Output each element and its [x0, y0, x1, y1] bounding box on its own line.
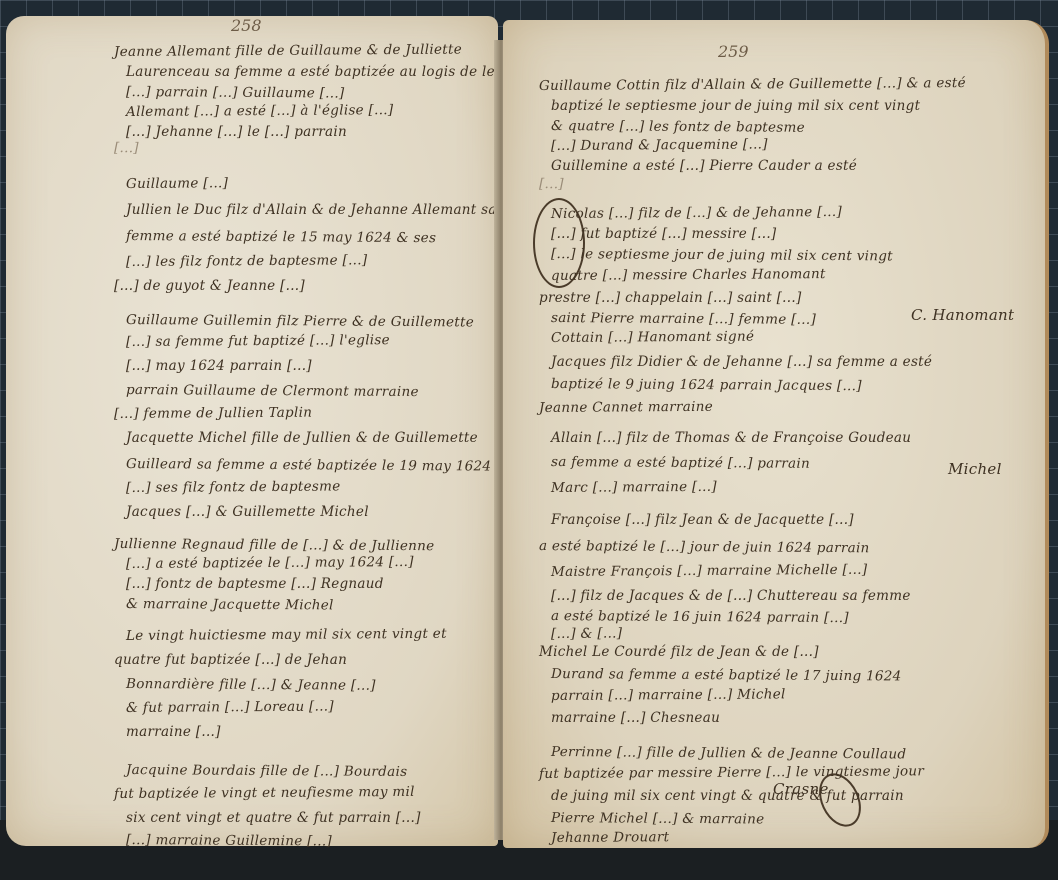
handwritten-line: & quatre [...] les fontz de baptesme [551, 118, 805, 136]
handwritten-line: Jehanne Drouart [551, 829, 669, 846]
handwritten-line: [...] may 1624 parrain [...] [126, 358, 312, 374]
handwritten-line: Le vingt huictiesme may mil six cent vin… [126, 626, 447, 644]
handwritten-line: [...] ses filz fontz de baptesme [126, 479, 341, 496]
handwritten-line: [...] fontz de baptesme [...] Regnaud [126, 576, 384, 592]
handwritten-line: Guillaume [...] [126, 175, 228, 192]
handwritten-line: marraine [...] Chesneau [551, 710, 720, 726]
handwritten-line: Guillaume Guillemin filz Pierre & de Gui… [126, 312, 474, 330]
signature: Crasne [773, 780, 829, 798]
handwritten-line: Perrinne [...] fille de Jullien & de Jea… [551, 744, 906, 762]
handwritten-line: Durand sa femme a esté baptizé le 17 jui… [551, 666, 902, 684]
handwritten-line: Jullienne Regnaud fille de [...] & de Ju… [114, 536, 435, 554]
handwritten-line: Allain [...] filz de Thomas & de Françoi… [551, 430, 911, 446]
handwritten-line: Laurenceau sa femme a esté baptizée au l… [126, 64, 511, 80]
handwritten-line: [...] de guyot & Jeanne [...] [114, 278, 305, 294]
handwritten-line: [...] Durand & Jacquemine [...] [551, 136, 768, 154]
handwritten-line: [...] & [...] [551, 626, 622, 642]
handwritten-line: [...] parrain [...] Guillaume [...] [126, 84, 345, 102]
handwritten-line: Guillaume Cottin filz d'Allain & de Guil… [539, 75, 966, 94]
handwritten-line: Jacques [...] & Guillemette Michel [126, 504, 369, 520]
handwritten-line: [...] a esté baptizée le [...] may 1624 … [126, 554, 414, 572]
handwritten-line: [...] [114, 140, 139, 156]
handwritten-line: [...] femme de Jullien Taplin [114, 405, 312, 422]
handwritten-line: fut baptizée par messire Pierre [...] le… [539, 763, 924, 782]
folio-number-right: 259 [718, 42, 749, 61]
handwritten-line: parrain [...] marraine [...] Michel [551, 686, 786, 704]
handwritten-line: Nicolas [...] filz de [...] & de Jehanne… [551, 204, 842, 222]
handwritten-line: fut baptizée le vingt et neufiesme may m… [114, 784, 415, 802]
handwritten-line: Cottain [...] Hanomant signé [551, 329, 754, 346]
handwritten-line: Guilleard sa femme a esté baptizée le 19… [126, 456, 491, 475]
signature: Michel [948, 460, 1002, 478]
handwritten-line: de juing mil six cent vingt & quatre & f… [551, 788, 904, 804]
handwritten-line: [...] marraine Guillemine [...] [126, 832, 332, 849]
handwritten-line: Allemant [...] a esté [...] à l'église [… [126, 102, 394, 120]
handwritten-line: Pierre Michel [...] & marraine [551, 810, 764, 827]
handwritten-line: Maistre François [...] marraine Michelle… [551, 562, 867, 580]
handwritten-line: Jeanne Cannet marraine [539, 399, 713, 416]
handwritten-line: femme a esté baptizé le 15 may 1624 & se… [126, 228, 436, 246]
signature: C. Hanomant [911, 306, 1014, 324]
handwritten-line: prestre [...] chappelain [...] saint [..… [539, 290, 802, 306]
handwritten-line: Françoise [...] filz Jean & de Jacquette… [551, 512, 854, 528]
handwritten-line: quatre [...] messire Charles Hanomant [551, 266, 826, 284]
handwritten-line: baptizé le 9 juing 1624 parrain Jacques … [551, 376, 862, 394]
handwritten-line: Jacques filz Didier & de Jehanne [...] s… [551, 354, 932, 370]
handwritten-line: Jullien le Duc filz d'Allain & de Jehann… [126, 202, 497, 218]
handwritten-line: Marc [...] marraine [...] [551, 479, 717, 496]
handwritten-line: [...] les filz fontz de baptesme [...] [126, 252, 368, 270]
handwritten-line: sa femme a esté baptizé [...] parrain [551, 454, 810, 472]
handwritten-line: [...] Jehanne [...] le [...] parrain [126, 124, 347, 140]
handwritten-line: six cent vingt et quatre & fut parrain [… [126, 810, 421, 826]
handwritten-line: [...] filz de Jacques & de [...] Chutter… [551, 588, 911, 604]
handwritten-line: Jacquine Bourdais fille de [...] Bourdai… [126, 762, 407, 780]
handwritten-line: & marraine Jacquette Michel [126, 596, 334, 613]
folio-number-left: 258 [231, 16, 262, 35]
handwritten-line: & fut parrain [...] Loreau [...] [126, 699, 334, 716]
handwritten-line: a esté baptizé le 16 juin 1624 parrain [… [551, 608, 849, 626]
handwritten-line: parrain Guillaume de Clermont marraine [126, 382, 419, 400]
handwritten-line: a esté baptizé le [...] jour de juin 162… [539, 538, 870, 556]
handwritten-line: marraine [...] [126, 724, 221, 740]
handwritten-line: [...] sa femme fut baptizé [...] l'eglis… [126, 332, 390, 350]
handwritten-line: Michel Le Courdé filz de Jean & de [...] [539, 644, 819, 660]
handwritten-line: quatre fut baptizée [...] de Jehan [114, 652, 347, 668]
right-page: 259 Guillaume Cottin filz d'Allain & de … [503, 20, 1049, 848]
handwritten-line: saint Pierre marraine [...] femme [...] [551, 310, 816, 328]
handwritten-line: [...] le septiesme jour de juing mil six… [551, 246, 893, 264]
handwritten-line: Jacquette Michel fille de Jullien & de G… [126, 430, 478, 446]
handwritten-line: Guillemine a esté [...] Pierre Cauder a … [551, 158, 857, 174]
handwritten-line: [...] [539, 176, 564, 192]
handwritten-line: baptizé le septiesme jour de juing mil s… [551, 98, 920, 114]
handwritten-line: Jeanne Allemant fille de Guillaume & de … [114, 42, 462, 60]
left-page: 258 Jeanne Allemant fille de Guillaume &… [6, 16, 498, 846]
handwritten-line: [...] fut baptizé [...] messire [...] [551, 226, 776, 242]
handwritten-line: Bonnardière fille [...] & Jeanne [...] [126, 676, 376, 694]
